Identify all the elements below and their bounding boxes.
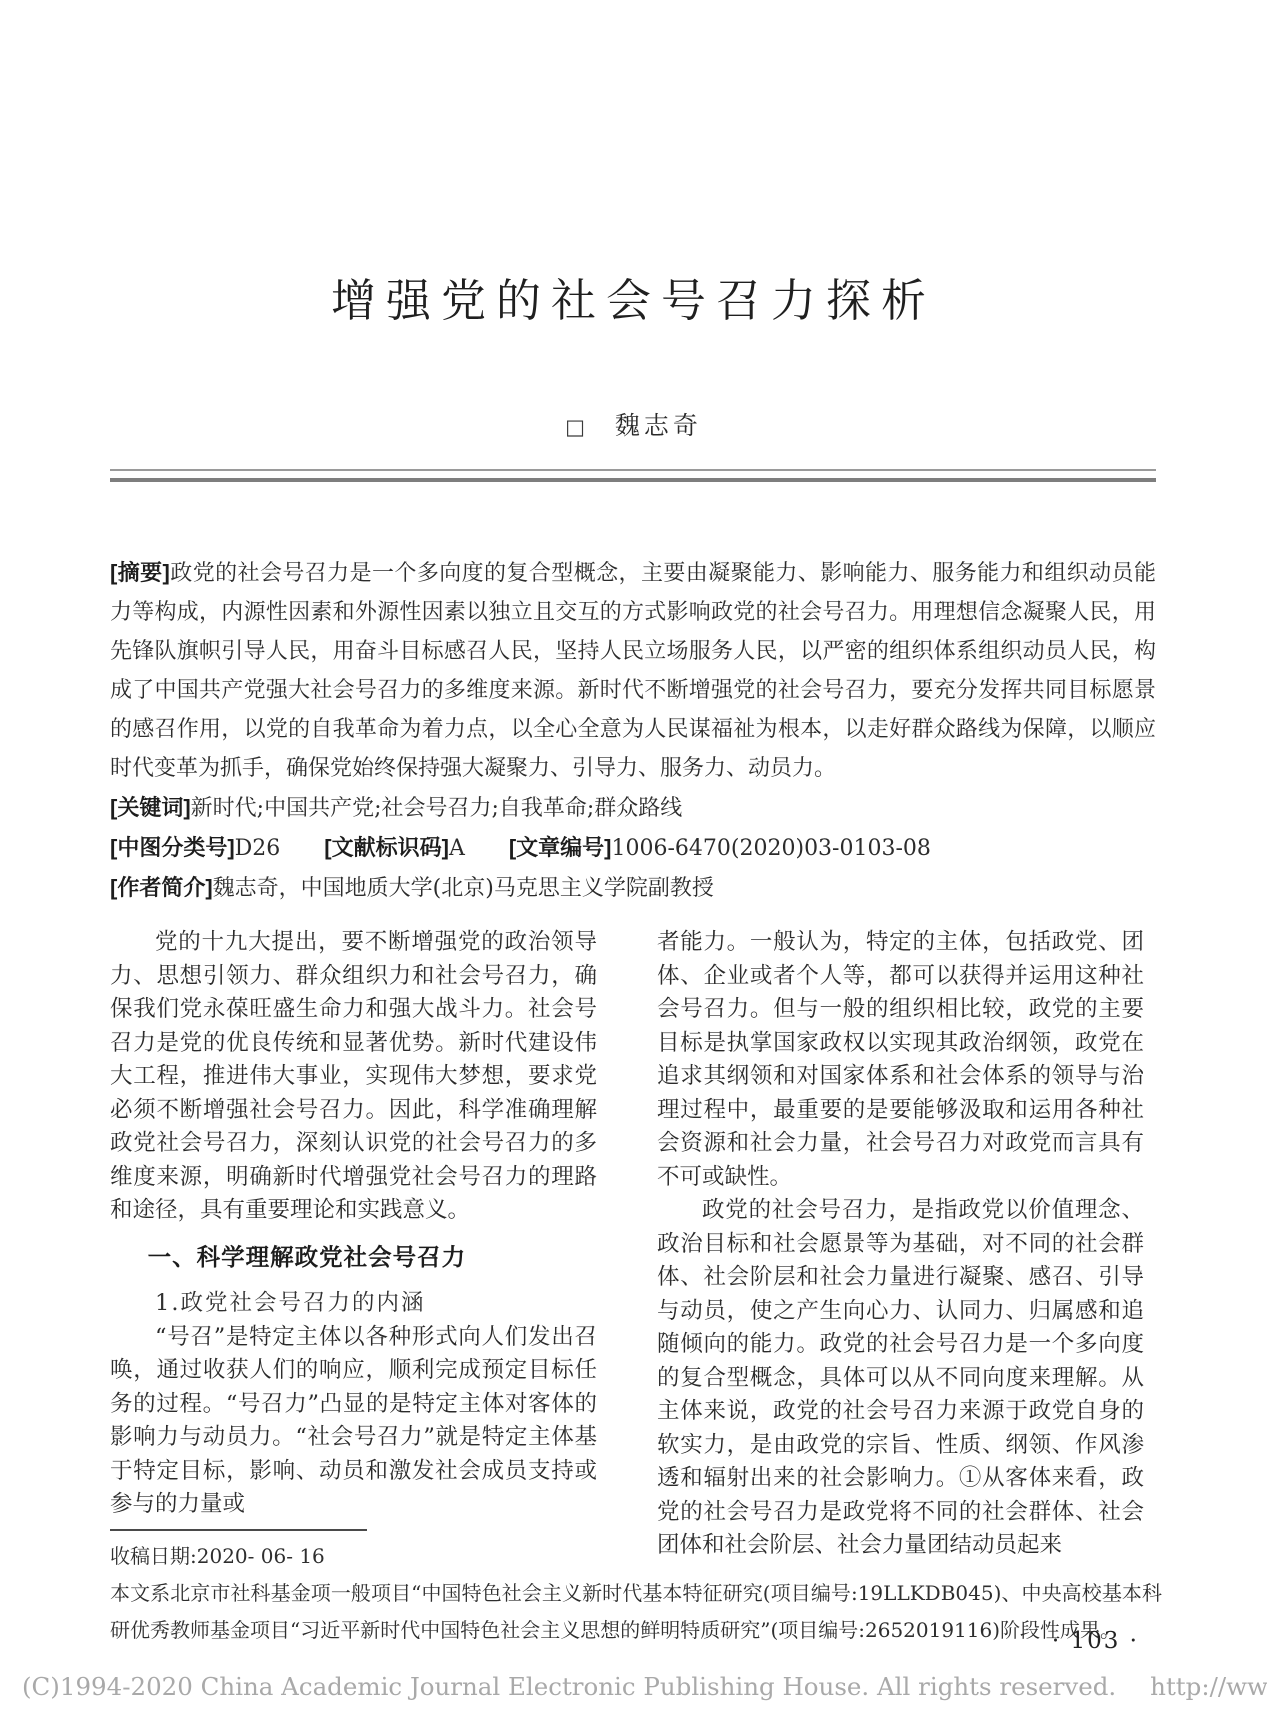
author-bio-line: [作者简介]魏志奇，中国地质大学(北京)马克思主义学院副教授 [110, 868, 1156, 908]
bio-text: 魏志奇，中国地质大学(北京)马克思主义学院副教授 [213, 876, 714, 901]
article-id-value: 1006-6470(2020)03-0103-08 [612, 836, 931, 861]
section-heading-1: 一、科学理解政党社会号召力 [110, 1241, 597, 1275]
body-column-left: 党的十九大提出，要不断增强党的政治领导力、思想引领力、群众组织力和社会号召力，确… [110, 926, 597, 1522]
author-name: 魏志奇 [615, 411, 702, 440]
clc-label: [中图分类号] [110, 835, 235, 860]
article-title: 增强党的社会号召力探析 [0, 264, 1267, 329]
footnotes-block: 收稿日期:2020- 06- 16 本文系北京市社科基金项一般项目“中国特色社会… [110, 1538, 1162, 1649]
article-meta-block: [摘要]政党的社会号召力是一个多向度的复合型概念，主要由凝聚能力、影响能力、服务… [110, 553, 1156, 908]
right-paragraph-1: 者能力。一般认为，特定的主体，包括政党、团体、企业或者个人等，都可以获得并运用这… [657, 926, 1144, 1194]
abstract-label: [摘要] [110, 560, 170, 585]
classification-line: [中图分类号]D26[文献标识码]A[文章编号]1006-6470(2020)0… [110, 828, 1156, 868]
left-paragraph-1: 党的十九大提出，要不断增强党的政治领导力、思想引领力、群众组织力和社会号召力，确… [110, 926, 597, 1228]
doc-code-pair: [文献标识码]A [324, 836, 465, 861]
doc-code-label: [文献标识码] [324, 835, 449, 860]
rule-thick [110, 478, 1156, 482]
received-date-value: 2020- 06- 16 [197, 1544, 325, 1568]
copyright-text: (C)1994-2020 China Academic Journal Elec… [22, 1672, 1116, 1701]
page-number: · 103 · [1052, 1628, 1139, 1654]
subsection-heading-1: 1.政党社会号召力的内涵 [110, 1287, 597, 1321]
abstract-paragraph: [摘要]政党的社会号召力是一个多向度的复合型概念，主要由凝聚能力、影响能力、服务… [110, 553, 1156, 788]
copyright-footer: (C)1994-2020 China Academic Journal Elec… [22, 1672, 1262, 1701]
abstract-text: 政党的社会号召力是一个多向度的复合型概念，主要由凝聚能力、影响能力、服务能力和组… [110, 561, 1156, 781]
clc-pair: [中图分类号]D26 [110, 836, 280, 861]
right-paragraph-2: 政党的社会号召力，是指政党以价值理念、政治目标和社会愿景等为基础，对不同的社会群… [657, 1194, 1144, 1563]
cnki-url: http://www.cnki.net [1150, 1672, 1267, 1701]
received-date-label: 收稿日期: [110, 1544, 197, 1568]
author-marker-square: □ [565, 415, 589, 439]
footnote-separator-rule [110, 1529, 367, 1531]
article-id-pair: [文章编号]1006-6470(2020)03-0103-08 [509, 836, 931, 861]
body-column-right: 者能力。一般认为，特定的主体，包括政党、团体、企业或者个人等，都可以获得并运用这… [657, 926, 1144, 1563]
keywords-label: [关键词] [110, 795, 191, 820]
bio-label: [作者简介] [110, 875, 213, 900]
funding-note: 本文系北京市社科基金项一般项目“中国特色社会主义新时代基本特征研究(项目编号:1… [110, 1575, 1162, 1649]
header-double-rule [110, 469, 1156, 482]
received-date-line: 收稿日期:2020- 06- 16 [110, 1538, 1162, 1575]
left-paragraph-2: “号召”是特定主体以各种形式向人们发出召唤，通过收获人们的响应，顺利完成预定目标… [110, 1321, 597, 1522]
rule-thin [110, 469, 1156, 471]
author-line: □魏志奇 [0, 406, 1267, 442]
article-id-label: [文章编号] [509, 835, 612, 860]
clc-value: D26 [235, 836, 281, 861]
keywords-line: [关键词]新时代;中国共产党;社会号召力;自我革命;群众路线 [110, 788, 1156, 828]
doc-code-value: A [449, 836, 465, 861]
journal-page: 增强党的社会号召力探析 □魏志奇 [摘要]政党的社会号召力是一个多向度的复合型概… [0, 0, 1267, 1720]
keywords-text: 新时代;中国共产党;社会号召力;自我革命;群众路线 [191, 796, 683, 821]
